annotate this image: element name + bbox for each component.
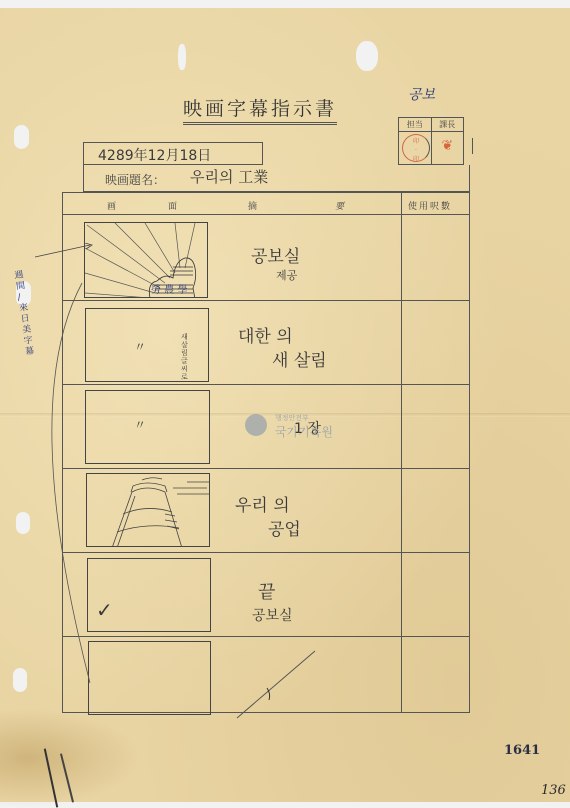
frame-sketch-box: 勞 農 學	[84, 222, 208, 298]
column-header: 摘	[248, 199, 257, 212]
subtitle-text: 새 살림	[272, 346, 327, 371]
watermark-logo-icon	[245, 414, 267, 436]
row-divider	[62, 300, 470, 301]
frame-sketch-box	[88, 641, 211, 715]
subtitle-text: 공보실	[251, 242, 300, 267]
signature-seal-icon: ❦	[442, 138, 474, 154]
frame-annotation: 〃	[134, 416, 146, 433]
subtitle-text: 우리 의	[235, 491, 290, 516]
frame-sketch-box	[86, 473, 210, 547]
torn-hole	[178, 44, 186, 70]
binder-hole	[16, 512, 30, 534]
chimney-sketch-icon	[87, 474, 210, 547]
row-divider	[62, 636, 470, 637]
torn-hole	[356, 41, 378, 71]
row-divider	[62, 552, 470, 553]
column-header: 使用呎數	[408, 199, 452, 212]
strike-through-mark-icon	[235, 648, 325, 720]
divider	[401, 192, 402, 713]
subtitle-text: 공보실	[252, 605, 293, 625]
subtitle-text: 1 장	[294, 418, 321, 438]
stamp-number: 1641	[504, 743, 540, 758]
red-seal-icon: 印·印	[402, 134, 430, 162]
document-page: 映画字幕指示書 공보 担当 課長 印·印 ❦ 4289年12月18日 映画題名：…	[0, 8, 570, 802]
subtitle-text: 끝	[258, 578, 275, 604]
subtitle-text: 대한 의	[238, 322, 293, 347]
column-header: 画	[107, 199, 116, 212]
subtitle-text: 공업	[268, 515, 301, 540]
row-divider	[62, 384, 470, 385]
approval-header: 課長	[432, 118, 464, 131]
margin-arrow-line	[30, 243, 100, 683]
handwritten-note-top: 공보	[408, 84, 435, 104]
svg-text:勞 農 學: 勞 農 學	[151, 283, 187, 296]
column-header: 要	[335, 199, 344, 212]
vertical-note: 새 살림 글씨로	[181, 333, 189, 381]
binder-hole	[14, 125, 29, 149]
frame-sketch-box	[85, 390, 210, 464]
binder-hole	[13, 668, 27, 692]
row-divider	[62, 468, 470, 469]
column-header: 面	[168, 199, 177, 212]
film-title-value: 우리의 工業	[190, 166, 268, 187]
divider	[62, 214, 470, 215]
date-value: 4289年12月18日	[98, 145, 211, 165]
film-title-label: 映画題名：	[105, 171, 165, 188]
approval-header: 担当	[399, 118, 432, 131]
frame-annotation: 〃	[134, 338, 146, 355]
page-number: 136	[541, 783, 566, 798]
approval-box: 担当 課長 印·印 ❦	[398, 117, 464, 165]
subtitle-text: 제공	[276, 267, 297, 283]
frame-sketch-box	[85, 308, 209, 382]
page-title: 映画字幕指示書	[183, 94, 337, 125]
sunburst-figures-sketch-icon: 勞 農 學	[85, 223, 208, 298]
